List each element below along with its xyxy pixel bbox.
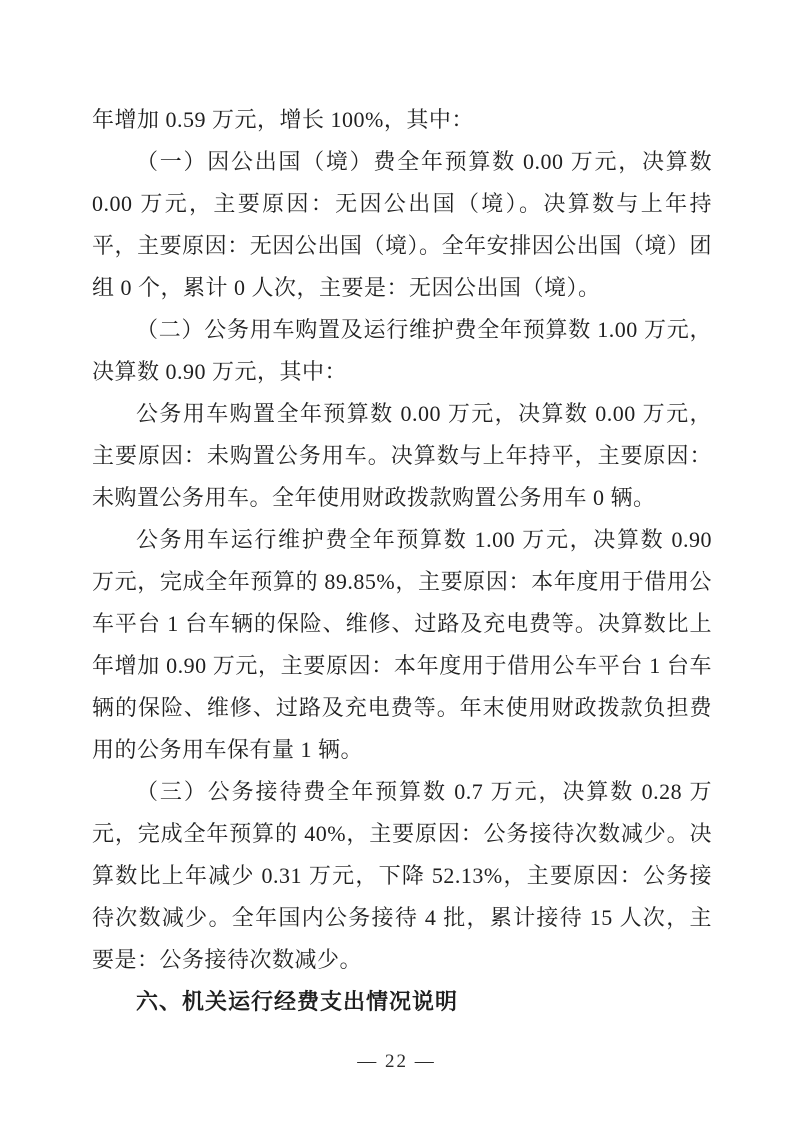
page-number: — 22 — — [0, 1051, 793, 1073]
document-page: 年增加 0.59 万元，增长 100%，其中： （一）因公出国（境）费全年预算数… — [0, 0, 793, 1121]
body-paragraph: （二）公务用车购置及运行维护费全年预算数 1.00 万元，决算数 0.90 万元… — [92, 309, 712, 393]
body-paragraph: （一）因公出国（境）费全年预算数 0.00 万元，决算数 0.00 万元，主要原… — [92, 141, 712, 309]
section-heading: 六、机关运行经费支出情况说明 — [92, 981, 712, 1023]
body-paragraph: 公务用车运行维护费全年预算数 1.00 万元，决算数 0.90 万元，完成全年预… — [92, 519, 712, 771]
body-paragraph: 年增加 0.59 万元，增长 100%，其中： — [92, 99, 712, 141]
document-body: 年增加 0.59 万元，增长 100%，其中： （一）因公出国（境）费全年预算数… — [92, 99, 712, 1023]
body-paragraph: 公务用车购置全年预算数 0.00 万元，决算数 0.00 万元，主要原因：未购置… — [92, 393, 712, 519]
body-paragraph: （三）公务接待费全年预算数 0.7 万元，决算数 0.28 万元，完成全年预算的… — [92, 771, 712, 981]
